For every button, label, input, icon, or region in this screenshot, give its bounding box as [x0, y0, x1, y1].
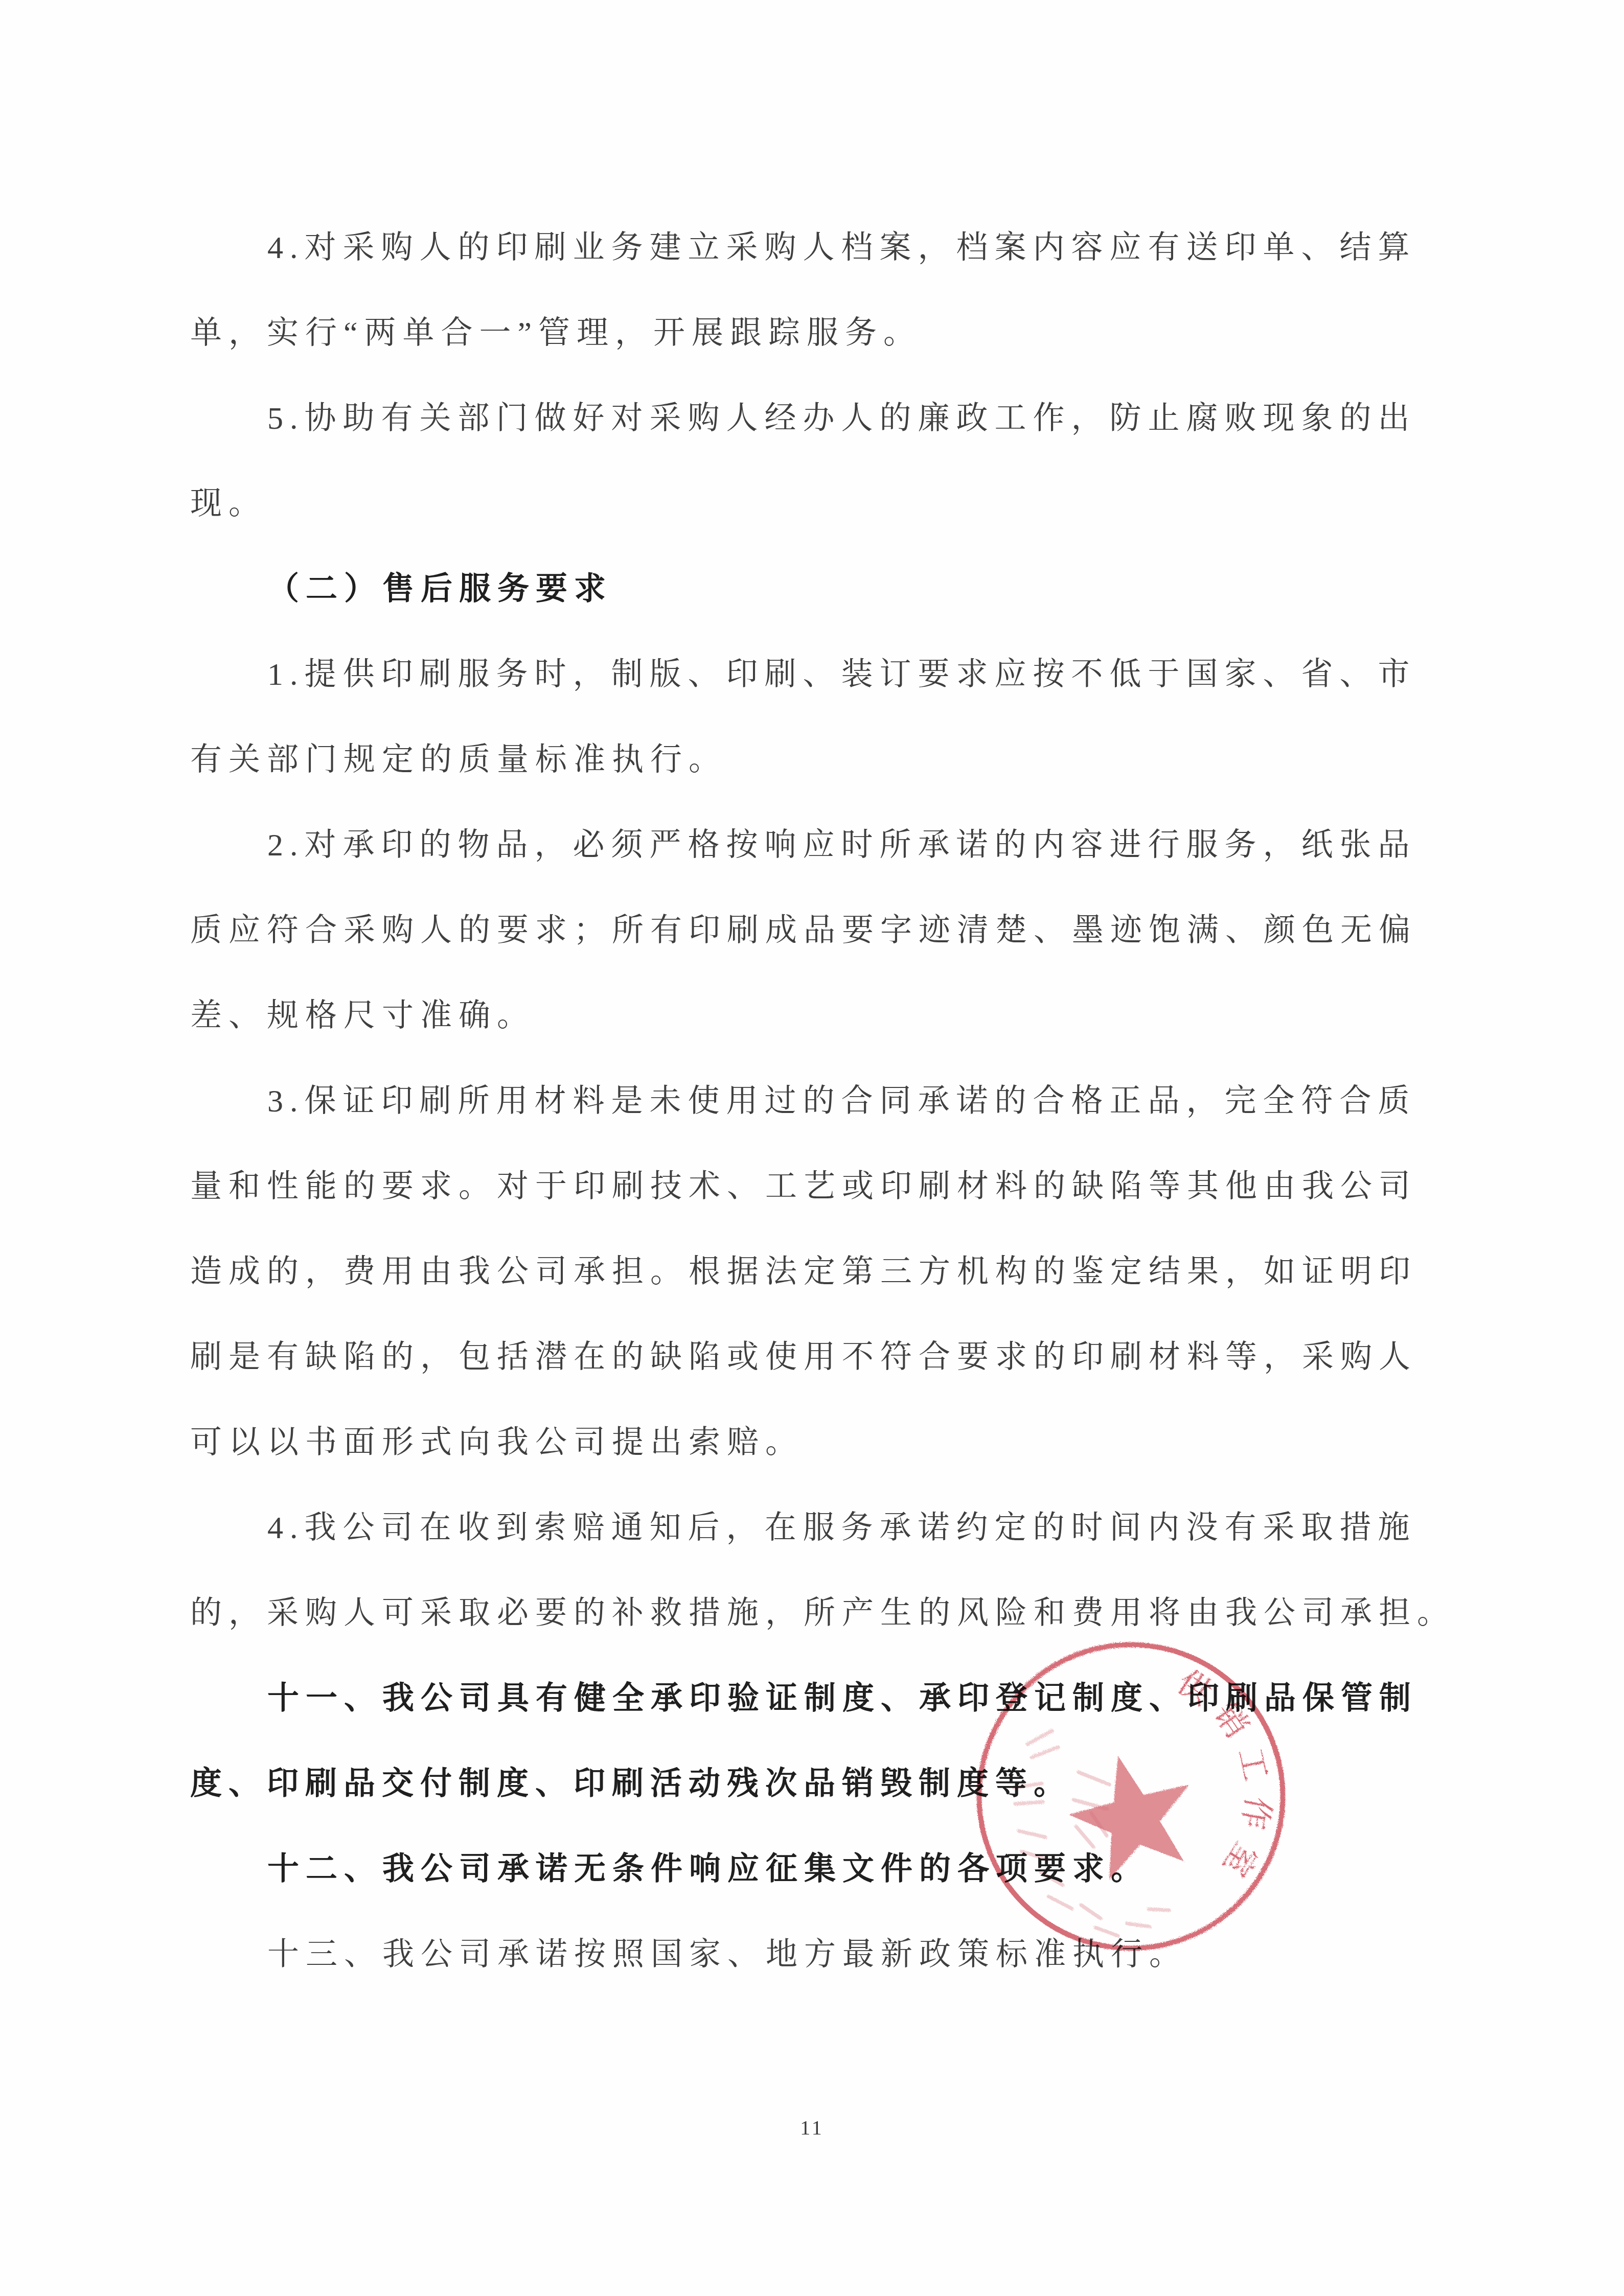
document-line: 十一、我公司具有健全承印验证制度、承印登记制度、印刷品保管制	[190, 1656, 1437, 1742]
document-line: 1.提供印刷服务时，制版、印刷、装订要求应按不低于国家、省、市	[190, 632, 1437, 717]
document-line: 可以以书面形式向我公司提出索赔。	[190, 1400, 1437, 1486]
document-line: 造成的，费用由我公司承担。根据法定第三方机构的鉴定结果，如证明印	[190, 1230, 1437, 1315]
document-line: 2.对承印的物品，必须严格按响应时所承诺的内容进行服务，纸张品	[190, 803, 1437, 888]
document-line: 3.保证印刷所用材料是未使用过的合同承诺的合格正品，完全符合质	[190, 1059, 1437, 1144]
document-line: 4.我公司在收到索赔通知后，在服务承诺约定的时间内没有采取措施	[190, 1486, 1437, 1571]
document-line: 的，采购人可采取必要的补救措施，所产生的风险和费用将由我公司承担。	[190, 1571, 1437, 1656]
document-line: 有关部门规定的质量标准执行。	[190, 717, 1437, 803]
document-line: 5.协助有关部门做好对采购人经办人的廉政工作，防止腐败现象的出	[190, 376, 1437, 461]
document-line: 现。	[190, 461, 1437, 547]
document-page: 4.对采购人的印刷业务建立采购人档案，档案内容应有送印单、结算单，实行“两单合一…	[0, 0, 1624, 2296]
document-line: 差、规格尺寸准确。	[190, 973, 1437, 1059]
document-line: 单，实行“两单合一”管理，开展跟踪服务。	[190, 291, 1437, 376]
document-line: 刷是有缺陷的，包括潜在的缺陷或使用不符合要求的印刷材料等，采购人	[190, 1315, 1437, 1400]
document-line: 十三、我公司承诺按照国家、地方最新政策标准执行。	[190, 1912, 1437, 1998]
document-line: 度、印刷品交付制度、印刷活动残次品销毁制度等。	[190, 1742, 1437, 1827]
document-line: 量和性能的要求。对于印刷技术、工艺或印刷材料的缺陷等其他由我公司	[190, 1144, 1437, 1230]
document-line: （二）售后服务要求	[190, 547, 1437, 632]
document-line: 十二、我公司承诺无条件响应征集文件的各项要求。	[190, 1827, 1437, 1912]
text-column: 4.对采购人的印刷业务建立采购人档案，档案内容应有送印单、结算单，实行“两单合一…	[190, 205, 1437, 1998]
document-line: 4.对采购人的印刷业务建立采购人档案，档案内容应有送印单、结算	[190, 205, 1437, 291]
page-number: 11	[0, 2116, 1624, 2140]
document-line: 质应符合采购人的要求；所有印刷成品要字迹清楚、墨迹饱满、颜色无偏	[190, 888, 1437, 973]
